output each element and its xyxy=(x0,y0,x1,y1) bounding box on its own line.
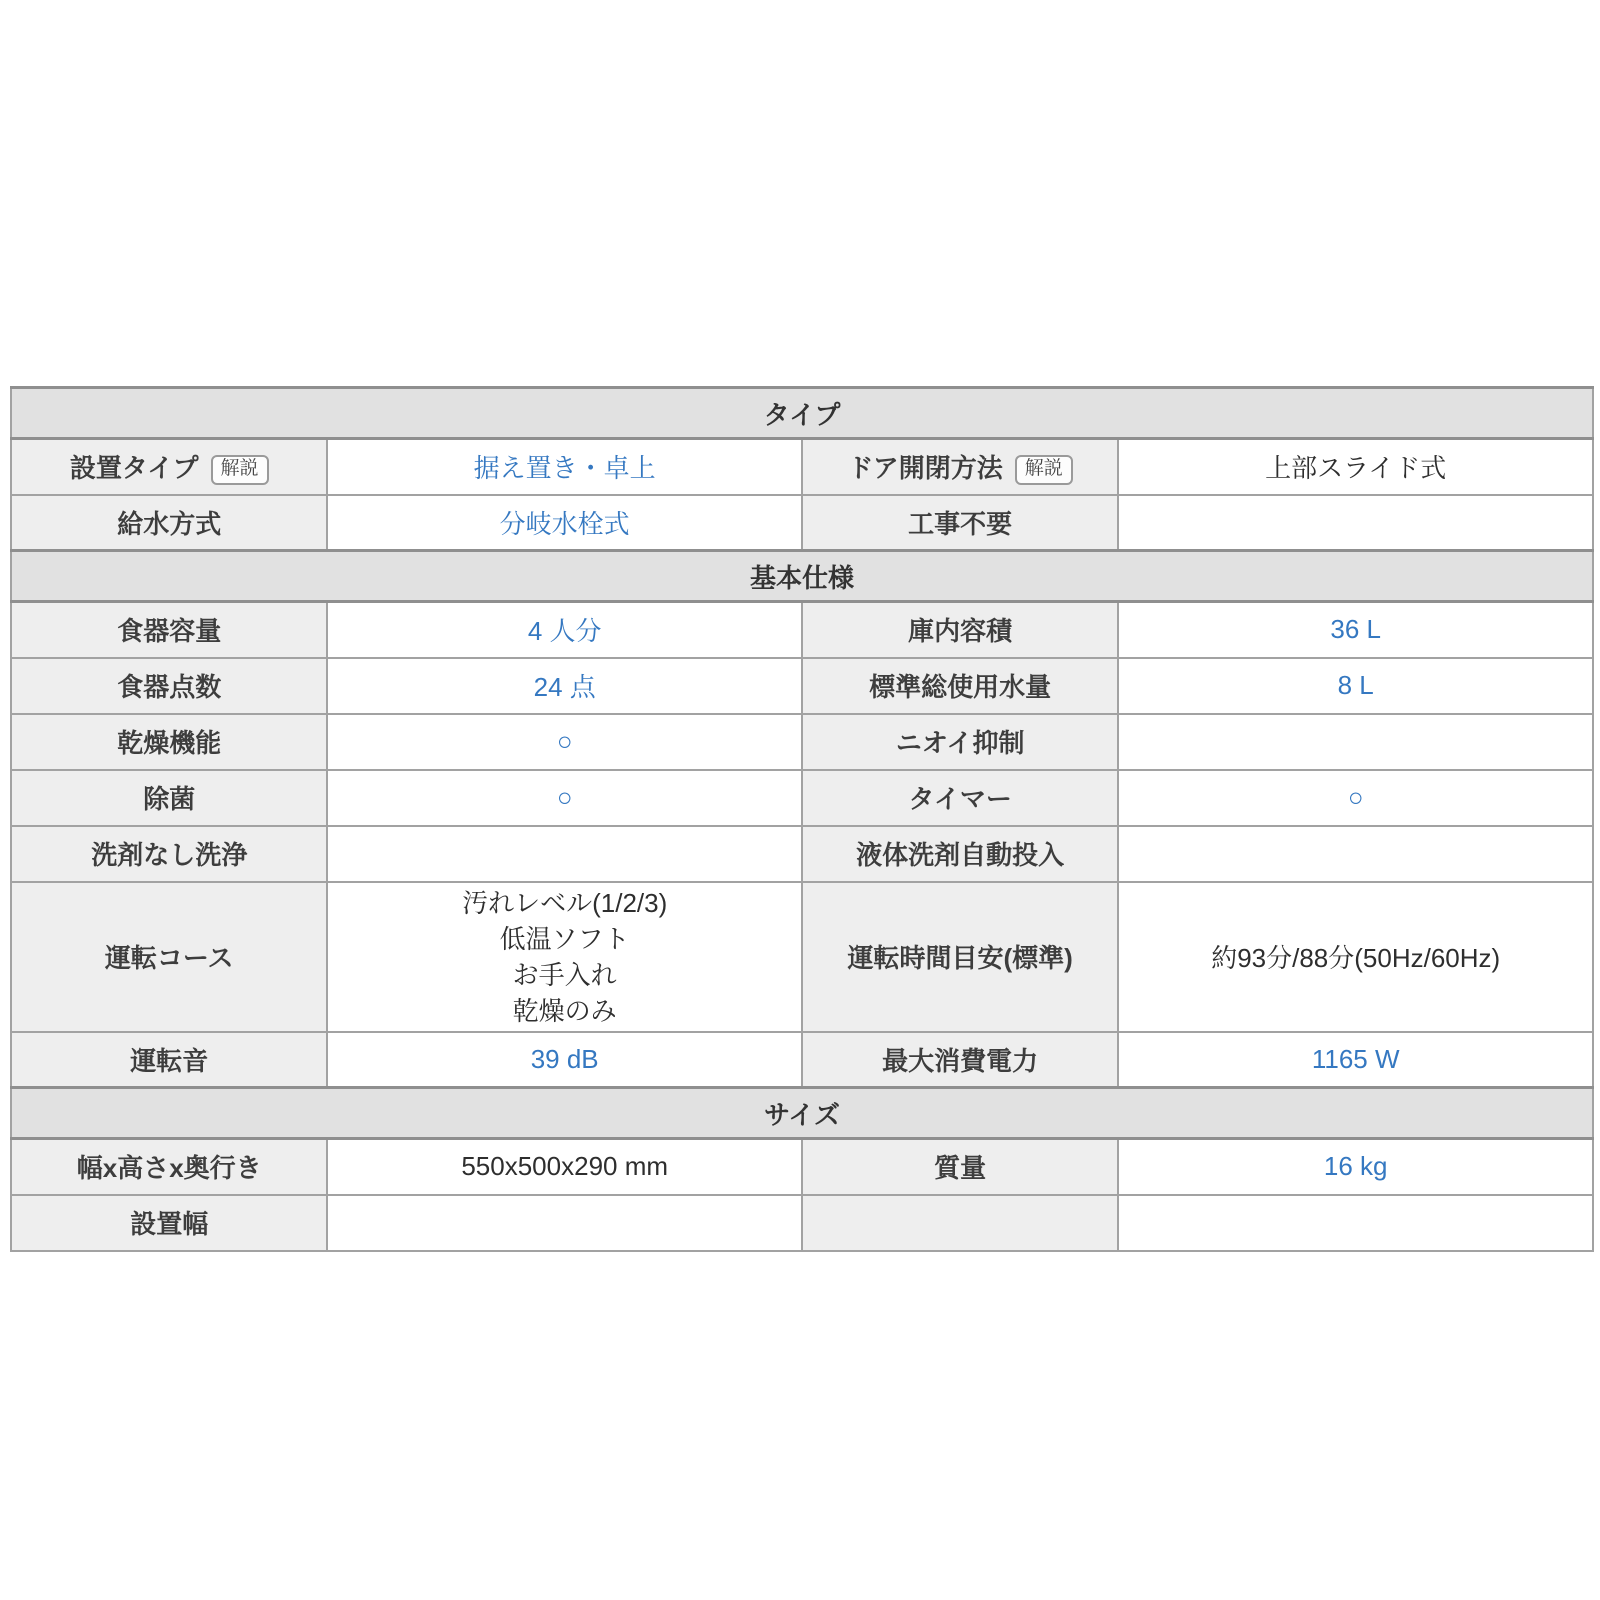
spec-label: 液体洗剤自動投入 xyxy=(856,840,1064,870)
spec-value-cell: 39 dB xyxy=(327,1032,802,1088)
spec-value-link[interactable]: 36 L xyxy=(1330,614,1381,644)
spec-label-cell: 運転コース xyxy=(11,882,327,1032)
spec-label: タイマー xyxy=(908,784,1011,814)
spec-label-cell: 標準総使用水量 xyxy=(802,658,1118,714)
spec-value-text: 約93分/88分(50Hz/60Hz) xyxy=(1211,943,1500,973)
circle-mark-link[interactable]: ○ xyxy=(557,782,573,812)
spec-label-cell: 工事不要 xyxy=(802,495,1118,551)
spec-label: 給水方式 xyxy=(117,509,221,539)
spec-label: 運転時間目安(標準) xyxy=(848,943,1073,973)
spec-value-text: 上部スライド式 xyxy=(1265,453,1446,483)
spec-value-cell: ○ xyxy=(327,714,802,770)
spec-value-cell: 4 人分 xyxy=(327,602,802,658)
circle-mark-link[interactable]: ○ xyxy=(557,726,573,756)
section-title: タイプ xyxy=(11,388,1593,439)
spec-label: 標準総使用水量 xyxy=(869,672,1051,702)
spec-value-link[interactable]: 8 L xyxy=(1338,670,1374,700)
spec-label: 工事不要 xyxy=(908,509,1012,539)
spec-row: 設置タイプ解説据え置き・卓上ドア開閉方法解説上部スライド式 xyxy=(11,439,1593,495)
spec-value-cell: ○ xyxy=(1118,770,1593,826)
spec-label-cell xyxy=(802,1195,1118,1251)
spec-value-link[interactable]: 据え置き・卓上 xyxy=(474,453,656,483)
spec-value-cell: 汚れレベル(1/2/3)低温ソフトお手入れ乾燥のみ xyxy=(327,882,802,1032)
spec-label-cell: 設置タイプ解説 xyxy=(11,439,327,495)
section-title: サイズ xyxy=(11,1088,1593,1139)
spec-table: タイプ設置タイプ解説据え置き・卓上ドア開閉方法解説上部スライド式給水方式分岐水栓… xyxy=(10,386,1594,1252)
spec-value-cell xyxy=(327,1195,802,1251)
spec-row: 設置幅 xyxy=(11,1195,1593,1251)
spec-label: 食器容量 xyxy=(117,616,221,646)
spec-row: 食器容量4 人分庫内容積36 L xyxy=(11,602,1593,658)
spec-label-cell: 幅x高さx奥行き xyxy=(11,1139,327,1195)
spec-label-cell: ニオイ抑制 xyxy=(802,714,1118,770)
spec-label-cell: 質量 xyxy=(802,1139,1118,1195)
spec-label-cell: 給水方式 xyxy=(11,495,327,551)
value-line: お手入れ xyxy=(336,957,793,993)
spec-label-cell: 運転時間目安(標準) xyxy=(802,882,1118,1032)
spec-value-link[interactable]: 分岐水栓式 xyxy=(500,509,630,539)
spec-label: 運転音 xyxy=(130,1046,208,1076)
spec-label: 最大消費電力 xyxy=(882,1046,1038,1076)
value-line: 汚れレベル(1/2/3) xyxy=(336,885,793,921)
kaisetsu-button[interactable]: 解説 xyxy=(1015,455,1073,485)
section-header-row: 基本仕様 xyxy=(11,551,1593,602)
spec-label-cell: 液体洗剤自動投入 xyxy=(802,826,1118,882)
value-line: 乾燥のみ xyxy=(336,993,793,1029)
spec-value-cell xyxy=(327,826,802,882)
spec-value-cell xyxy=(1118,826,1593,882)
spec-label: 質量 xyxy=(934,1153,986,1183)
spec-label-cell: 最大消費電力 xyxy=(802,1032,1118,1088)
spec-row: 運転コース汚れレベル(1/2/3)低温ソフトお手入れ乾燥のみ運転時間目安(標準)… xyxy=(11,882,1593,1032)
spec-row: 幅x高さx奥行き550x500x290 mm質量16 kg xyxy=(11,1139,1593,1195)
spec-label: 洗剤なし洗浄 xyxy=(91,840,247,870)
spec-value-cell: 1165 W xyxy=(1118,1032,1593,1088)
spec-label: 設置幅 xyxy=(130,1209,208,1239)
spec-label: 乾燥機能 xyxy=(117,728,221,758)
spec-value-link[interactable]: 24 点 xyxy=(534,672,596,702)
section-header-row: タイプ xyxy=(11,388,1593,439)
spec-value-link[interactable]: 16 kg xyxy=(1324,1151,1388,1181)
spec-value-link[interactable]: 1165 W xyxy=(1312,1044,1400,1074)
spec-label-cell: 食器容量 xyxy=(11,602,327,658)
spec-value-cell: 据え置き・卓上 xyxy=(327,439,802,495)
spec-label: 庫内容積 xyxy=(908,616,1012,646)
spec-label-cell: 食器点数 xyxy=(11,658,327,714)
spec-value-cell: 8 L xyxy=(1118,658,1593,714)
spec-table-body: タイプ設置タイプ解説据え置き・卓上ドア開閉方法解説上部スライド式給水方式分岐水栓… xyxy=(11,388,1593,1251)
spec-value-link[interactable]: 4 人分 xyxy=(528,616,602,646)
spec-value-cell: 約93分/88分(50Hz/60Hz) xyxy=(1118,882,1593,1032)
section-title: 基本仕様 xyxy=(11,551,1593,602)
spec-value-cell: 分岐水栓式 xyxy=(327,495,802,551)
spec-value-cell: 550x500x290 mm xyxy=(327,1139,802,1195)
spec-row: 運転音39 dB最大消費電力1165 W xyxy=(11,1032,1593,1088)
spec-label-cell: 運転音 xyxy=(11,1032,327,1088)
spec-label: ドア開閉方法 xyxy=(848,453,1003,483)
spec-label: 食器点数 xyxy=(117,672,221,702)
spec-label: 設置タイプ xyxy=(70,453,199,483)
spec-value-cell xyxy=(1118,495,1593,551)
spec-label-cell: 乾燥機能 xyxy=(11,714,327,770)
circle-mark-link[interactable]: ○ xyxy=(1348,782,1364,812)
spec-value-cell: 16 kg xyxy=(1118,1139,1593,1195)
page: タイプ設置タイプ解説据え置き・卓上ドア開閉方法解説上部スライド式給水方式分岐水栓… xyxy=(0,0,1600,1600)
spec-value-cell: 24 点 xyxy=(327,658,802,714)
spec-label: 幅x高さx奥行き xyxy=(77,1153,262,1183)
spec-label: 運転コース xyxy=(105,943,234,973)
spec-label: ニオイ抑制 xyxy=(896,728,1025,758)
spec-row: 食器点数24 点標準総使用水量8 L xyxy=(11,658,1593,714)
spec-label-cell: 洗剤なし洗浄 xyxy=(11,826,327,882)
spec-label: 除菌 xyxy=(143,784,195,814)
spec-label-cell: 庫内容積 xyxy=(802,602,1118,658)
spec-label-cell: 除菌 xyxy=(11,770,327,826)
value-line: 低温ソフト xyxy=(336,921,793,957)
kaisetsu-button[interactable]: 解説 xyxy=(211,455,269,485)
spec-table-container: タイプ設置タイプ解説据え置き・卓上ドア開閉方法解説上部スライド式給水方式分岐水栓… xyxy=(10,386,1594,1252)
spec-row: 洗剤なし洗浄液体洗剤自動投入 xyxy=(11,826,1593,882)
spec-label-cell: ドア開閉方法解説 xyxy=(802,439,1118,495)
spec-value-cell xyxy=(1118,714,1593,770)
spec-value-cell xyxy=(1118,1195,1593,1251)
spec-value-cell: ○ xyxy=(327,770,802,826)
spec-label-cell: 設置幅 xyxy=(11,1195,327,1251)
spec-label-cell: タイマー xyxy=(802,770,1118,826)
spec-value-cell: 36 L xyxy=(1118,602,1593,658)
spec-row: 給水方式分岐水栓式工事不要 xyxy=(11,495,1593,551)
spec-row: 乾燥機能○ニオイ抑制 xyxy=(11,714,1593,770)
spec-value-cell: 上部スライド式 xyxy=(1118,439,1593,495)
spec-row: 除菌○タイマー○ xyxy=(11,770,1593,826)
section-header-row: サイズ xyxy=(11,1088,1593,1139)
spec-value-text: 550x500x290 mm xyxy=(461,1151,668,1181)
spec-value-link[interactable]: 39 dB xyxy=(531,1044,599,1074)
